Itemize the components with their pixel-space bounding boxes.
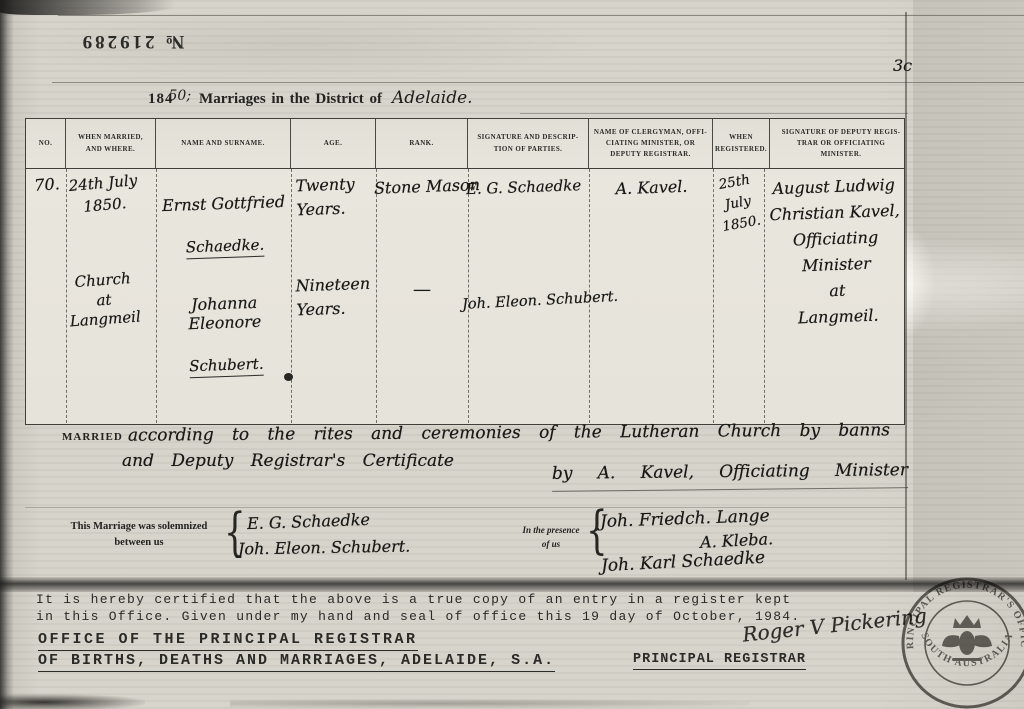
bride-surname: Schubert. xyxy=(189,355,264,379)
groom-signature: E. G. Schaedke xyxy=(466,176,592,198)
groom-given-names: Ernst Gottfried xyxy=(162,192,286,215)
bride-age: Nineteen Years. xyxy=(293,272,377,323)
groom-name: Ernst Gottfried Schaedke. xyxy=(158,173,291,260)
title-district: Adelaide. xyxy=(392,88,473,108)
office-line2: OF BIRTHS, DEATHS AND MARRIAGES, ADELAID… xyxy=(38,652,555,672)
table-header-row: NO. WHEN MARRIED, AND WHERE. NAME AND SU… xyxy=(26,119,904,169)
registrar-title: PRINCIPAL REGISTRAR xyxy=(633,652,806,670)
col-header-rank: RANK. xyxy=(376,119,468,168)
when-registered: 25th July 1850. xyxy=(705,168,771,240)
document-right-edge xyxy=(905,12,907,580)
col-header-no: NO. xyxy=(26,119,66,168)
col-header-name: NAME AND SURNAME. xyxy=(156,119,291,168)
section-divider-rule xyxy=(25,507,905,508)
married-statement-line3: by A. Kavel, Officiating Minister xyxy=(552,460,908,492)
witness-signature-3: Joh. Karl Schaedke xyxy=(601,548,766,577)
groom-age: Twenty Years. xyxy=(293,172,375,223)
certification-line2: in this Office. Given under my hand and … xyxy=(36,609,801,624)
title-text: Marriages in the District of xyxy=(199,91,382,107)
col-header-signature-registrar: SIGNATURE OF DEPUTY REGIS- TRAR OR OFFIC… xyxy=(770,119,912,168)
title-handwritten-year: 50; xyxy=(169,88,192,104)
witness-signature-1: Joh. Friedch. Lange xyxy=(600,506,770,532)
marriage-register-table: NO. WHEN MARRIED, AND WHERE. NAME AND SU… xyxy=(25,118,905,425)
solemnized-groom-signature: E. G. Schaedke xyxy=(247,510,370,533)
col-header-when-married: WHEN MARRIED, AND WHERE. xyxy=(66,119,156,168)
photocopy-left-edge-shadow xyxy=(0,0,14,709)
marriage-certificate-scan: № 219289 3c 18450;Marriages in the Distr… xyxy=(0,0,1024,709)
married-statement-line1: according to the rites and ceremonies of… xyxy=(128,420,890,445)
col-header-when-registered: WHEN REGISTERED. xyxy=(713,119,770,168)
married-label: MARRIED xyxy=(62,431,123,443)
photocopy-dark-band xyxy=(0,577,1024,592)
solemnized-label: This Marriage was solemnized between us xyxy=(55,519,223,551)
col-header-clergyman: NAME OF CLERGYMAN, OFFI- CIATING MINISTE… xyxy=(589,119,713,168)
bride-rank-dash: — xyxy=(378,279,466,300)
column-divider xyxy=(156,169,157,423)
solemnized-bride-signature: Joh. Eleon. Schubert. xyxy=(238,536,411,558)
ink-blot xyxy=(284,373,293,381)
deputy-registrar-signature: August Ludwig Christian Kavel, Officiati… xyxy=(765,172,906,333)
col-header-age: AGE. xyxy=(291,119,376,168)
header-rule xyxy=(52,82,1024,83)
bride-name: Johanna Eleonore Schubert. xyxy=(157,273,292,380)
photocopy-blotch-top-left xyxy=(0,0,175,15)
groom-rank: Stone Mason xyxy=(374,175,475,197)
groom-when-married: 24th July 1850. xyxy=(54,169,153,221)
register-title: 18450;Marriages in the District ofAdelai… xyxy=(148,88,473,108)
table-body: 70. 24th July 1850. Ernst Gottfried Scha… xyxy=(26,169,904,423)
groom-surname: Schaedke. xyxy=(185,236,264,260)
bottom-smudge xyxy=(230,699,750,708)
column-divider xyxy=(291,169,292,423)
bride-where-married: Church at Langmeil xyxy=(54,268,154,333)
official-seal-stamp: PRINCIPAL REGISTRAR'S OFFICE • SOUTH AUS… xyxy=(896,572,1024,709)
corner-annotation: 3c xyxy=(893,56,912,75)
certification-line1: It is hereby certified that the above is… xyxy=(36,592,791,607)
office-line1: OFFICE OF THE PRINCIPAL REGISTRAR xyxy=(38,631,418,651)
coat-of-arms-emblem xyxy=(942,615,992,661)
district-underline-rule xyxy=(520,113,908,114)
column-divider xyxy=(376,169,377,423)
bride-given-names: Johanna Eleonore xyxy=(188,293,262,333)
bride-signature: Joh. Eleon. Schubert. xyxy=(462,289,615,313)
top-edge-rule xyxy=(58,15,1024,16)
col-header-signature-parties: SIGNATURE AND DESCRIP- TION OF PARTIES. xyxy=(468,119,589,168)
presence-label: In the presence of us xyxy=(516,524,586,551)
serial-number: № 219289 xyxy=(48,20,216,52)
bottom-left-smudge xyxy=(0,694,145,709)
married-statement-line2: and Deputy Registrar's Certificate xyxy=(122,451,454,471)
clergyman-signature: A. Kavel. xyxy=(594,176,710,199)
